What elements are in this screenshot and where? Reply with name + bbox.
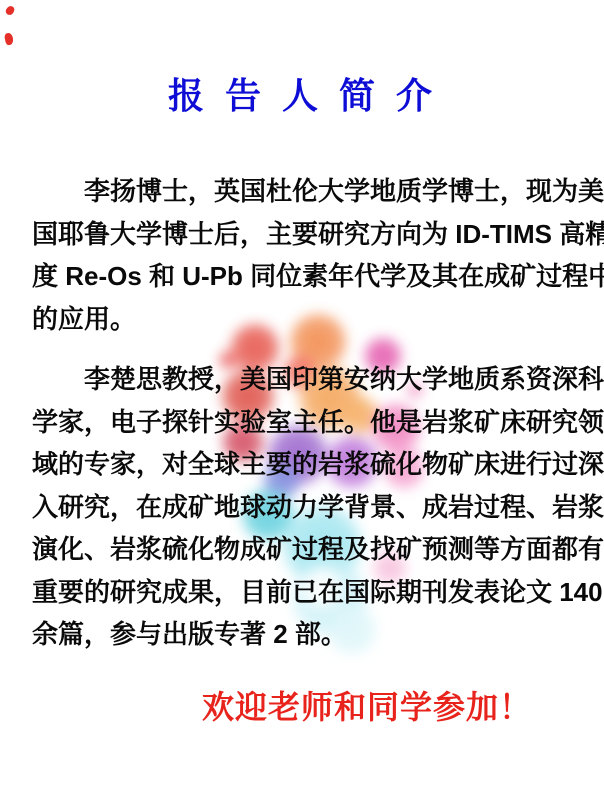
speaker-bio-paragraph-1: 李扬博士，英国杜伦大学地质学博士，现为美 国耶鲁大学博士后，主要研究方向为 ID… <box>32 170 574 340</box>
paragraph-line: 入研究，在成矿地球动力学背景、成岩过程、岩浆 <box>32 486 574 529</box>
paragraph-line: 学家，电子探针实验室主任。他是岩浆矿床研究领 <box>32 401 574 444</box>
flyer-page: 报 告 人 简 介 李扬博士，英国杜伦大学地质学博士，现为美 国耶鲁大学博士后，… <box>0 0 604 787</box>
paragraph-line: 李扬博士，英国杜伦大学地质学博士，现为美 <box>32 170 574 213</box>
paragraph-line: 国耶鲁大学博士后，主要研究方向为 ID-TIMS 高精 <box>32 213 574 256</box>
paragraph-line: 余篇，参与出版专著 2 部。 <box>32 613 574 656</box>
paragraph-line: 演化、岩浆硫化物成矿过程及找矿预测等方面都有 <box>32 528 574 571</box>
page-title: 报 告 人 简 介 <box>0 74 604 118</box>
paragraph-line: 的应用。 <box>32 298 574 341</box>
paragraph-line: 度 Re-Os 和 U-Pb 同位素年代学及其在成矿过程中 <box>32 255 574 298</box>
paragraph-line: 李楚思教授，美国印第安纳大学地质系资深科 <box>32 358 574 401</box>
welcome-message: 欢迎老师和同学参加！ <box>202 689 532 725</box>
paragraph-line: 重要的研究成果，目前已在国际期刊发表论文 140 <box>32 571 574 614</box>
paragraph-line: 域的专家，对全球主要的岩浆硫化物矿床进行过深 <box>32 443 574 486</box>
speaker-bio-paragraph-2: 李楚思教授，美国印第安纳大学地质系资深科 学家，电子探针实验室主任。他是岩浆矿床… <box>32 358 574 656</box>
